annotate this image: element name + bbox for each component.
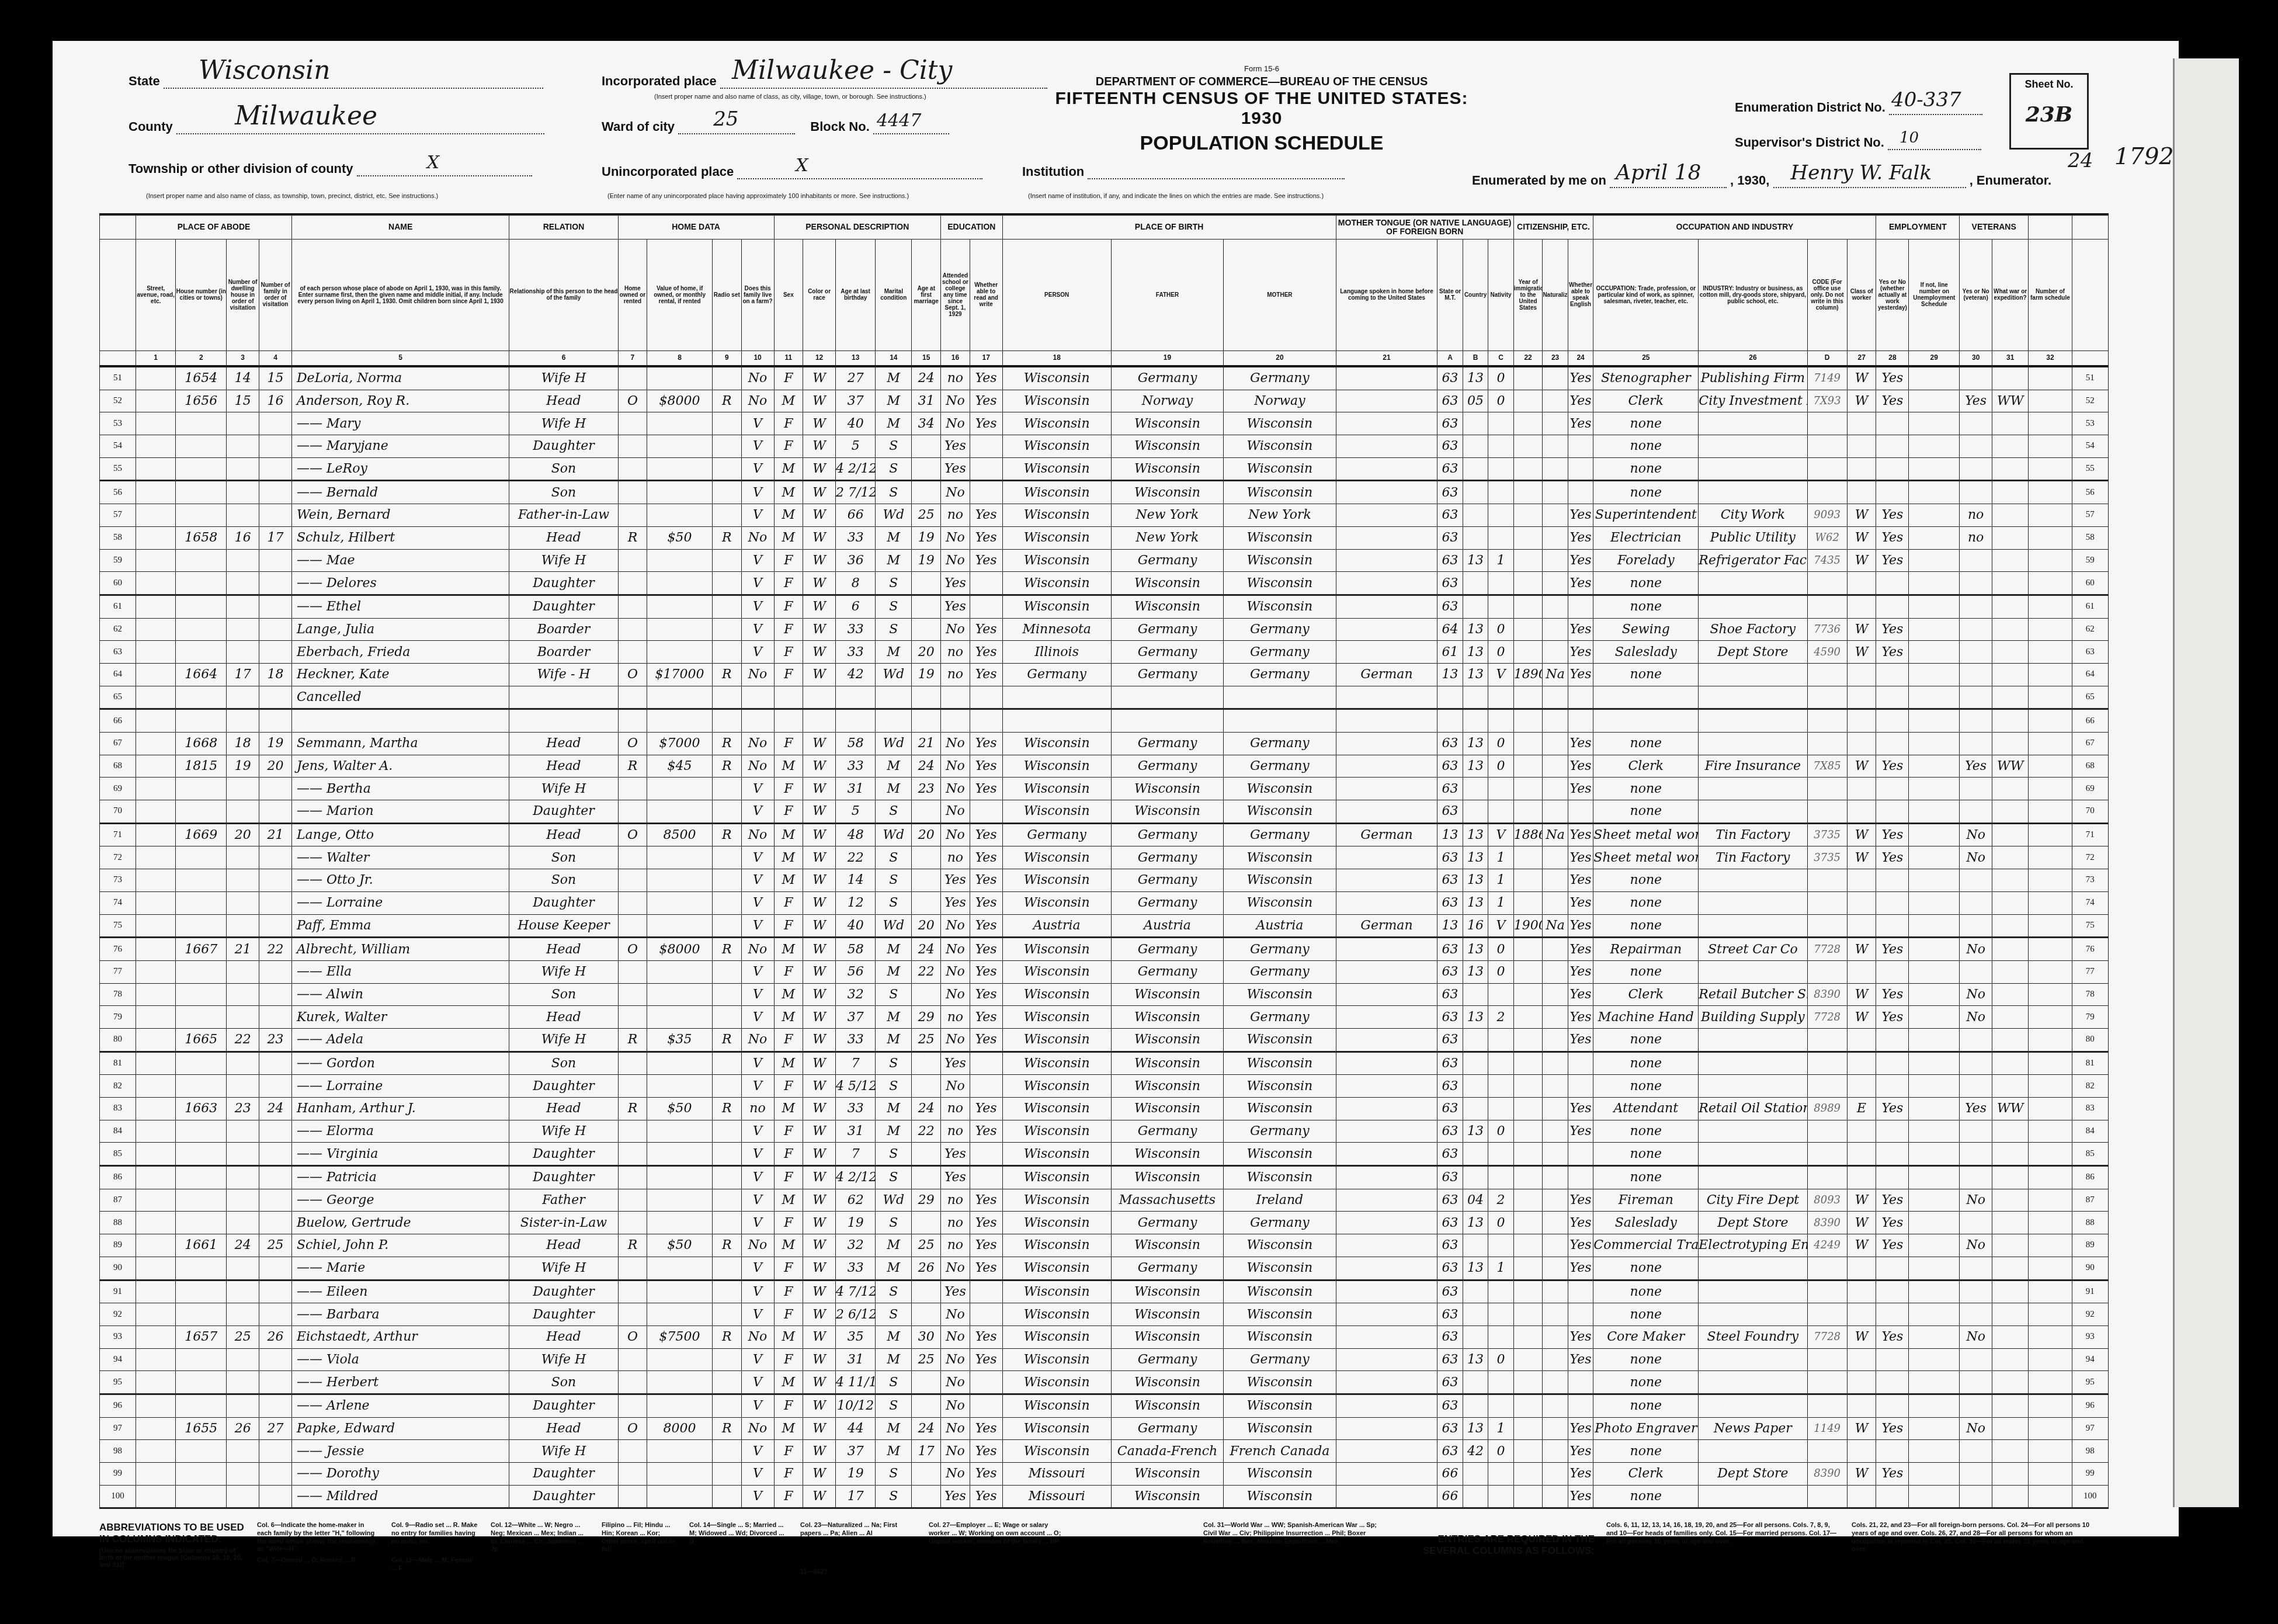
vet-cell: No (1960, 1006, 1992, 1029)
c-cell: 0 (1488, 1348, 1513, 1371)
column-description-row: Street, avenue, road, etc.House number (… (100, 240, 2109, 351)
rel-cell: Son (509, 1371, 618, 1394)
farm-cell: No (741, 366, 774, 390)
war-cell (1992, 823, 2029, 846)
vet-cell: No (1960, 938, 1992, 961)
work-cell (1876, 1394, 1909, 1417)
dw-cell (227, 1303, 259, 1326)
a-cell: 63 (1437, 390, 1463, 412)
table-row: 5216561516Anderson, Roy R.HeadO$8000RNoM… (100, 390, 2109, 412)
farmsch-cell (2029, 733, 2072, 755)
cls-cell (1847, 1348, 1876, 1371)
street-cell (136, 1371, 176, 1394)
mar-cell: M (876, 938, 912, 961)
street-cell (136, 733, 176, 755)
mbp-cell: Germany (1224, 755, 1336, 778)
occ-cell: none (1593, 1348, 1699, 1371)
name-cell: —— Patricia (291, 1166, 509, 1189)
house-cell (176, 435, 227, 458)
b-cell: 05 (1463, 390, 1488, 412)
age-cell: 22 (836, 846, 876, 869)
street-cell (136, 755, 176, 778)
own-cell (618, 800, 647, 824)
unemp-cell (1909, 733, 1960, 755)
occ-cell: none (1593, 595, 1699, 618)
street-cell (136, 686, 176, 709)
mbp-cell: Wisconsin (1224, 1417, 1336, 1440)
name-cell: Heckner, Kate (291, 663, 509, 686)
war-cell: WW (1992, 390, 2029, 412)
c-cell (1488, 504, 1513, 527)
war-cell (1992, 663, 2029, 686)
mbp-cell: Wisconsin (1224, 457, 1336, 481)
a-cell: 63 (1437, 572, 1463, 595)
name-cell: —— George (291, 1189, 509, 1212)
race-cell: W (803, 549, 836, 572)
agem-cell (912, 983, 941, 1006)
fbp-cell: Germany (1111, 846, 1223, 869)
own-cell: R (618, 755, 647, 778)
column-description: Number of farm schedule (2029, 240, 2072, 351)
b-cell (1463, 595, 1488, 618)
bp-cell (1002, 686, 1111, 709)
sex-cell: F (774, 1075, 803, 1098)
bp-cell: Wisconsin (1002, 1143, 1111, 1166)
dw-cell (227, 1120, 259, 1143)
table-row: 92—— BarbaraDaughterVFW2 6/12SNoWisconsi… (100, 1303, 2109, 1326)
unemp-cell (1909, 983, 1960, 1006)
work-cell (1876, 481, 1909, 504)
read-cell (970, 1143, 1002, 1166)
sex-cell: F (774, 1166, 803, 1189)
eng-cell: Yes (1568, 1440, 1593, 1463)
war-cell (1992, 914, 2029, 938)
val-cell (647, 1394, 713, 1417)
column-number: 4 (259, 351, 292, 367)
sex-cell: F (774, 1440, 803, 1463)
agem-cell: 24 (912, 938, 941, 961)
b-cell: 13 (1463, 618, 1488, 641)
lang-cell (1336, 733, 1437, 755)
mbp-cell: Wisconsin (1224, 1463, 1336, 1486)
lang-cell (1336, 1120, 1437, 1143)
rel-cell: Son (509, 457, 618, 481)
age-cell: 2 6/12 (836, 1303, 876, 1326)
c-cell (1488, 1143, 1513, 1166)
val-cell (647, 686, 713, 709)
fbp-cell: Canada-French (1111, 1440, 1223, 1463)
column-description: Class of worker (1847, 240, 1876, 351)
cls-cell (1847, 1257, 1876, 1280)
farmsch-cell (2029, 823, 2072, 846)
line-number: 66 (2072, 709, 2108, 733)
house-cell (176, 778, 227, 800)
radio-cell (712, 709, 741, 733)
agem-cell: 25 (912, 1348, 941, 1371)
fam-cell (259, 1143, 292, 1166)
cls-cell: W (1847, 549, 1876, 572)
fam-cell (259, 1463, 292, 1486)
column-description: Street, avenue, road, etc. (136, 240, 176, 351)
rel-cell: House Keeper (509, 914, 618, 938)
line-number: 84 (2072, 1120, 2108, 1143)
bp-cell: Wisconsin (1002, 1189, 1111, 1212)
house-cell (176, 960, 227, 983)
line-number: 58 (100, 526, 136, 549)
vet-cell (1960, 891, 1992, 914)
lang-cell (1336, 1052, 1437, 1075)
radio-cell (712, 800, 741, 824)
read-cell (970, 1280, 1002, 1303)
fam-cell (259, 869, 292, 892)
mar-cell: M (876, 960, 912, 983)
table-row: 69—— BerthaWife HVFW31M23NoYesWisconsinW… (100, 778, 2109, 800)
occ-cell: Core Maker (1593, 1325, 1699, 1348)
unemp-cell (1909, 914, 1960, 938)
radio-cell (712, 1440, 741, 1463)
column-description: Language spoken in home before coming to… (1336, 240, 1437, 351)
line-number: 72 (2072, 846, 2108, 869)
a-cell: 63 (1437, 983, 1463, 1006)
code-cell: 8093 (1807, 1189, 1847, 1212)
code-cell (1807, 1075, 1847, 1098)
lang-cell (1336, 1234, 1437, 1257)
war-cell (1992, 1166, 2029, 1189)
a-cell: 63 (1437, 1166, 1463, 1189)
dw-cell (227, 1189, 259, 1212)
street-cell (136, 1280, 176, 1303)
name-cell: Buelow, Gertrude (291, 1212, 509, 1234)
cls-cell: W (1847, 641, 1876, 664)
fbp-cell: Wisconsin (1111, 595, 1223, 618)
b-cell: 13 (1463, 366, 1488, 390)
line-number: 95 (2072, 1371, 2108, 1394)
line-number: 92 (2072, 1303, 2108, 1326)
sch-cell: No (941, 1348, 970, 1371)
fam-cell (259, 1052, 292, 1075)
dw-cell (227, 891, 259, 914)
b-cell: 13 (1463, 823, 1488, 846)
farmsch-cell (2029, 1303, 2072, 1326)
table-row: 91—— EileenDaughterVFW4 7/12SYesWisconsi… (100, 1280, 2109, 1303)
street-cell (136, 1463, 176, 1486)
column-description: Color or race (803, 240, 836, 351)
bp-cell: Austria (1002, 914, 1111, 938)
imm-cell (1513, 572, 1543, 595)
war-cell: WW (1992, 755, 2029, 778)
ind-cell (1699, 595, 1807, 618)
c-cell (1488, 457, 1513, 481)
agem-cell: 21 (912, 733, 941, 755)
read-cell (970, 481, 1002, 504)
rel-cell: Daughter (509, 1166, 618, 1189)
sex-cell: F (774, 800, 803, 824)
age-cell: 56 (836, 960, 876, 983)
own-cell: R (618, 1234, 647, 1257)
fam-cell (259, 846, 292, 869)
read-cell: Yes (970, 1417, 1002, 1440)
c-cell: 1 (1488, 846, 1513, 869)
race-cell (803, 686, 836, 709)
nat-cell: Na (1543, 823, 1568, 846)
house-cell: 1663 (176, 1098, 227, 1120)
read-cell: Yes (970, 869, 1002, 892)
fbp-cell: Austria (1111, 914, 1223, 938)
ind-cell: Street Car Co (1699, 938, 1807, 961)
age-cell: 40 (836, 412, 876, 435)
column-number: 19 (1111, 351, 1223, 367)
race-cell: W (803, 1485, 836, 1508)
code-cell: 7X93 (1807, 390, 1847, 412)
rel-cell: Wife - H (509, 663, 618, 686)
house-cell (176, 686, 227, 709)
column-number: 5 (291, 351, 509, 367)
radio-cell (712, 457, 741, 481)
fam-cell: 15 (259, 366, 292, 390)
table-row: 70—— MarionDaughterVFW5SNoWisconsinWisco… (100, 800, 2109, 824)
bp-cell: Wisconsin (1002, 733, 1111, 755)
ind-cell: City Investment Dept (1699, 390, 1807, 412)
race-cell: W (803, 938, 836, 961)
name-cell: —— Elorma (291, 1120, 509, 1143)
ind-cell (1699, 412, 1807, 435)
imm-cell (1513, 846, 1543, 869)
val-cell (647, 914, 713, 938)
agem-cell: 25 (912, 1028, 941, 1052)
fam-cell (259, 618, 292, 641)
farmsch-cell (2029, 481, 2072, 504)
age-cell: 37 (836, 390, 876, 412)
c-cell (1488, 1075, 1513, 1098)
column-description: Does this family live on a farm? (741, 240, 774, 351)
code-cell: 4249 (1807, 1234, 1847, 1257)
agem-cell (912, 869, 941, 892)
unemp-cell (1909, 1463, 1960, 1486)
ind-cell (1699, 1052, 1807, 1075)
line-number: 59 (2072, 549, 2108, 572)
line-number: 74 (2072, 891, 2108, 914)
rel-cell: Daughter (509, 572, 618, 595)
name-cell: —— Virginia (291, 1143, 509, 1166)
table-row: 65Cancelled65 (100, 686, 2109, 709)
c-cell (1488, 526, 1513, 549)
b-cell (1463, 1325, 1488, 1348)
lang-cell (1336, 366, 1437, 390)
house-cell (176, 1485, 227, 1508)
occ-cell: none (1593, 412, 1699, 435)
line-number: 63 (2072, 641, 2108, 664)
line-number: 74 (100, 891, 136, 914)
line-number: 58 (2072, 526, 2108, 549)
code-cell (1807, 869, 1847, 892)
cls-cell (1847, 1143, 1876, 1166)
occ-cell: Saleslady (1593, 1212, 1699, 1234)
radio-cell (712, 914, 741, 938)
farm-cell: No (741, 390, 774, 412)
work-cell (1876, 1280, 1909, 1303)
imm-cell (1513, 1485, 1543, 1508)
occ-cell: none (1593, 869, 1699, 892)
name-cell: Eichstaedt, Arthur (291, 1325, 509, 1348)
farm-cell: V (741, 1120, 774, 1143)
line-number: 57 (2072, 504, 2108, 527)
table-row: 82—— LorraineDaughterVFW4 5/12SNoWiscons… (100, 1075, 2109, 1098)
radio-cell (712, 1006, 741, 1029)
read-cell: Yes (970, 412, 1002, 435)
vet-cell (1960, 914, 1992, 938)
table-row: 88Buelow, GertrudeSister-in-LawVFW19SnoY… (100, 1212, 2109, 1234)
vet-cell (1960, 618, 1992, 641)
race-cell: W (803, 823, 836, 846)
sex-cell: F (774, 733, 803, 755)
race-cell: W (803, 800, 836, 824)
line-number: 99 (2072, 1463, 2108, 1486)
eng-cell: Yes (1568, 938, 1593, 961)
mbp-cell: Germany (1224, 1348, 1336, 1371)
name-cell: —— Walter (291, 846, 509, 869)
sch-cell: No (941, 983, 970, 1006)
occ-cell: none (1593, 481, 1699, 504)
name-cell: Kurek, Walter (291, 1006, 509, 1029)
radio-cell (712, 641, 741, 664)
a-cell: 63 (1437, 1006, 1463, 1029)
nat-cell (1543, 595, 1568, 618)
code-cell: 4590 (1807, 641, 1847, 664)
fbp-cell: Massachusetts (1111, 1189, 1223, 1212)
agem-cell: 22 (912, 960, 941, 983)
agem-cell (912, 572, 941, 595)
race-cell: W (803, 1143, 836, 1166)
line-number: 75 (100, 914, 136, 938)
war-cell (1992, 891, 2029, 914)
own-cell (618, 618, 647, 641)
cls-cell (1847, 1028, 1876, 1052)
line-number: 83 (100, 1098, 136, 1120)
work-cell (1876, 435, 1909, 458)
b-cell (1463, 1075, 1488, 1098)
agem-cell (912, 709, 941, 733)
imm-cell: 1890 (1513, 663, 1543, 686)
ind-cell (1699, 686, 1807, 709)
agem-cell (912, 686, 941, 709)
fbp-cell: Wisconsin (1111, 1280, 1223, 1303)
imm-cell (1513, 686, 1543, 709)
code-cell (1807, 572, 1847, 595)
war-cell (1992, 1006, 2029, 1029)
name-cell: DeLoria, Norma (291, 366, 509, 390)
work-cell: Yes (1876, 618, 1909, 641)
bp-cell: Germany (1002, 663, 1111, 686)
imm-cell (1513, 481, 1543, 504)
rel-cell: Head (509, 1325, 618, 1348)
nat-cell (1543, 618, 1568, 641)
radio-cell (712, 1394, 741, 1417)
c-cell (1488, 1166, 1513, 1189)
imm-cell (1513, 595, 1543, 618)
cls-cell: W (1847, 1417, 1876, 1440)
code-cell (1807, 1166, 1847, 1189)
lang-cell (1336, 1212, 1437, 1234)
sex-cell: F (774, 1212, 803, 1234)
bp-cell: Illinois (1002, 641, 1111, 664)
line-number: 100 (100, 1485, 136, 1508)
column-group-row: PLACE OF ABODENAMERELATIONHOME DATAPERSO… (100, 214, 2109, 240)
read-cell: Yes (970, 891, 1002, 914)
fam-cell: 22 (259, 938, 292, 961)
name-cell: —— Mildred (291, 1485, 509, 1508)
agem-cell (912, 1143, 941, 1166)
farm-cell: V (741, 641, 774, 664)
read-cell (970, 686, 1002, 709)
war-cell (1992, 1028, 2029, 1052)
work-cell (1876, 1143, 1909, 1166)
nat-cell (1543, 641, 1568, 664)
farm-cell: No (741, 526, 774, 549)
lang-cell (1336, 1303, 1437, 1326)
mbp-cell: Germany (1224, 663, 1336, 686)
bp-cell: Wisconsin (1002, 755, 1111, 778)
rel-cell: Son (509, 846, 618, 869)
fam-cell: 17 (259, 526, 292, 549)
sex-cell: F (774, 435, 803, 458)
val-cell (647, 1006, 713, 1029)
a-cell: 64 (1437, 618, 1463, 641)
lang-cell (1336, 526, 1437, 549)
line-number: 80 (100, 1028, 136, 1052)
dw-cell (227, 412, 259, 435)
sex-cell: M (774, 504, 803, 527)
race-cell: W (803, 1075, 836, 1098)
state-field: State Wisconsin (129, 70, 543, 89)
code-cell (1807, 733, 1847, 755)
dw-cell (227, 869, 259, 892)
vet-cell: no (1960, 526, 1992, 549)
street-cell (136, 1485, 176, 1508)
column-description: OCCUPATION: Trade, profession, or partic… (1593, 240, 1699, 351)
nat-cell (1543, 526, 1568, 549)
c-cell: 0 (1488, 1440, 1513, 1463)
farmsch-cell (2029, 1257, 2072, 1280)
mar-cell: S (876, 457, 912, 481)
rel-cell: Sister-in-Law (509, 1212, 618, 1234)
sch-cell: No (941, 823, 970, 846)
street-cell (136, 938, 176, 961)
agem-cell: 29 (912, 1189, 941, 1212)
race-cell: W (803, 1189, 836, 1212)
fam-cell (259, 572, 292, 595)
race-cell: W (803, 983, 836, 1006)
own-cell (618, 1006, 647, 1029)
vet-cell (1960, 778, 1992, 800)
mar-cell: S (876, 618, 912, 641)
enumerator-name: Henry W. Falk (1791, 161, 1932, 185)
a-cell: 63 (1437, 891, 1463, 914)
house-cell (176, 618, 227, 641)
race-cell: W (803, 412, 836, 435)
line-number: 56 (100, 481, 136, 504)
work-cell: Yes (1876, 1189, 1909, 1212)
fam-cell: 18 (259, 663, 292, 686)
ind-cell (1699, 1280, 1807, 1303)
line-number: 96 (100, 1394, 136, 1417)
sex-cell: F (774, 1463, 803, 1486)
val-cell (647, 1485, 713, 1508)
rel-cell: Daughter (509, 1463, 618, 1486)
vet-cell: No (1960, 1417, 1992, 1440)
a-cell (1437, 686, 1463, 709)
work-cell (1876, 1348, 1909, 1371)
column-number: 2 (176, 351, 227, 367)
